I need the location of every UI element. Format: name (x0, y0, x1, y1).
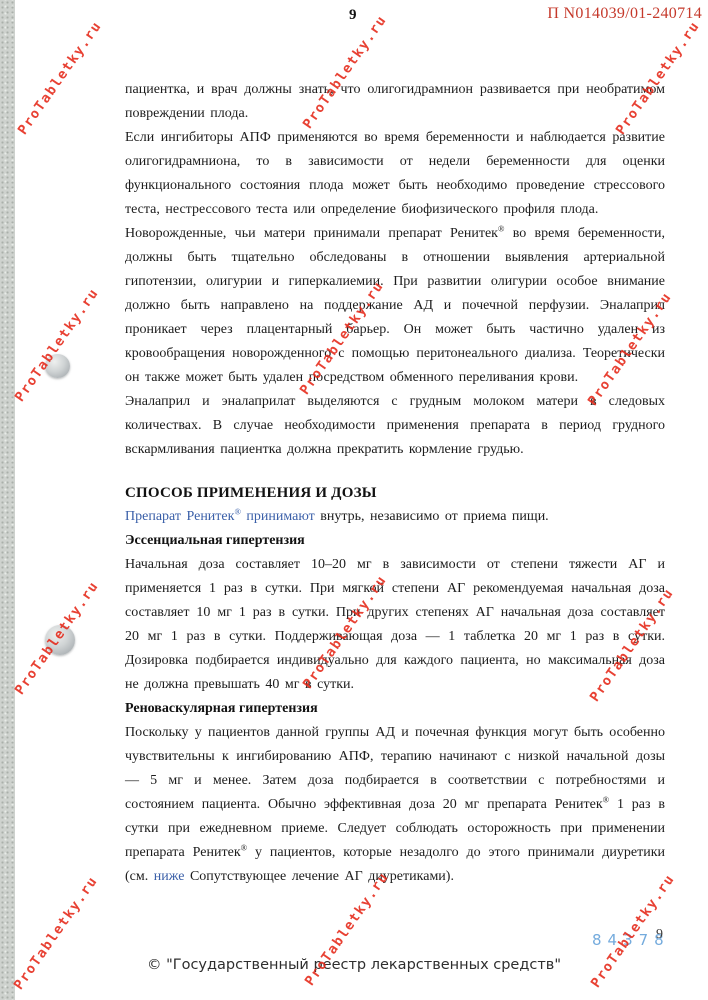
copyright-line: © "Государственный реестр лекарственных … (0, 957, 708, 973)
reference-link-text: принимают (241, 509, 315, 524)
reference-link-text: Препарат Ренитек (125, 509, 234, 524)
page-number-top: 9 (349, 7, 357, 24)
paragraph-breastfeeding: Эналаприл и эналаприлат выделяются с гру… (125, 390, 665, 462)
scan-edge-artifact (0, 0, 15, 1000)
text-run: во время беременности, должны быть тщате… (125, 226, 665, 385)
heading-dosage-administration: СПОСОБ ПРИМЕНЕНИЯ И ДОЗЫ (125, 481, 665, 505)
text-run: Если ингибиторы АПФ применяются во время… (125, 130, 665, 217)
text-run: Реноваскулярная гипертензия (125, 701, 318, 716)
registration-number: П N014039/01-240714 (547, 5, 702, 23)
text-run: внутрь, независимо от приема пищи. (315, 509, 549, 524)
heading-renovascular-hypertension: Реноваскулярная гипертензия (125, 697, 665, 721)
watermark-text: ProTabletky.ru (11, 873, 101, 993)
paragraph-renovascular-hypertension-dose: Поскольку у пациентов данной группы АД и… (125, 721, 665, 889)
document-page: 9 П N014039/01-240714 пациентка, и врач … (0, 0, 708, 1000)
paragraph-essential-hypertension-dose: Начальная доза составляет 10–20 мг в зав… (125, 553, 665, 697)
page-number-bottom: 9 (656, 927, 663, 943)
text-run: Новорожденные, чьи матери принимали преп… (125, 226, 498, 241)
text-run: Сопутствующее лечение АГ диуретиками). (184, 869, 454, 884)
text-run: Эссенциальная гипертензия (125, 533, 305, 548)
paragraph-oligohydramnios: пациентка, и врач должны знать, что олиг… (125, 78, 665, 126)
text-run: Поскольку у пациентов данной группы АД и… (125, 725, 665, 812)
paragraph-ace-inhibitors-pregnancy: Если ингибиторы АПФ применяются во время… (125, 126, 665, 222)
text-run: Начальная доза составляет 10–20 мг в зав… (125, 557, 665, 692)
text-run: пациентка, и врач должны знать, что олиг… (125, 82, 665, 121)
paragraph-newborns: Новорожденные, чьи матери принимали преп… (125, 222, 665, 390)
watermark-text: ProTabletky.ru (12, 285, 102, 405)
hole-punch-mark (45, 625, 75, 655)
paragraph-oral-intake: Препарат Ренитек® принимают внутрь, неза… (125, 505, 665, 529)
reference-link-text: ниже (154, 869, 185, 884)
hole-punch-mark (45, 354, 70, 378)
document-body: пациентка, и врач должны знать, что олиг… (125, 78, 665, 889)
heading-essential-hypertension: Эссенциальная гипертензия (125, 529, 665, 553)
text-run: СПОСОБ ПРИМЕНЕНИЯ И ДОЗЫ (125, 485, 377, 501)
text-run: Эналаприл и эналаприлат выделяются с гру… (125, 394, 665, 457)
watermark-text: ProTabletky.ru (15, 18, 105, 138)
